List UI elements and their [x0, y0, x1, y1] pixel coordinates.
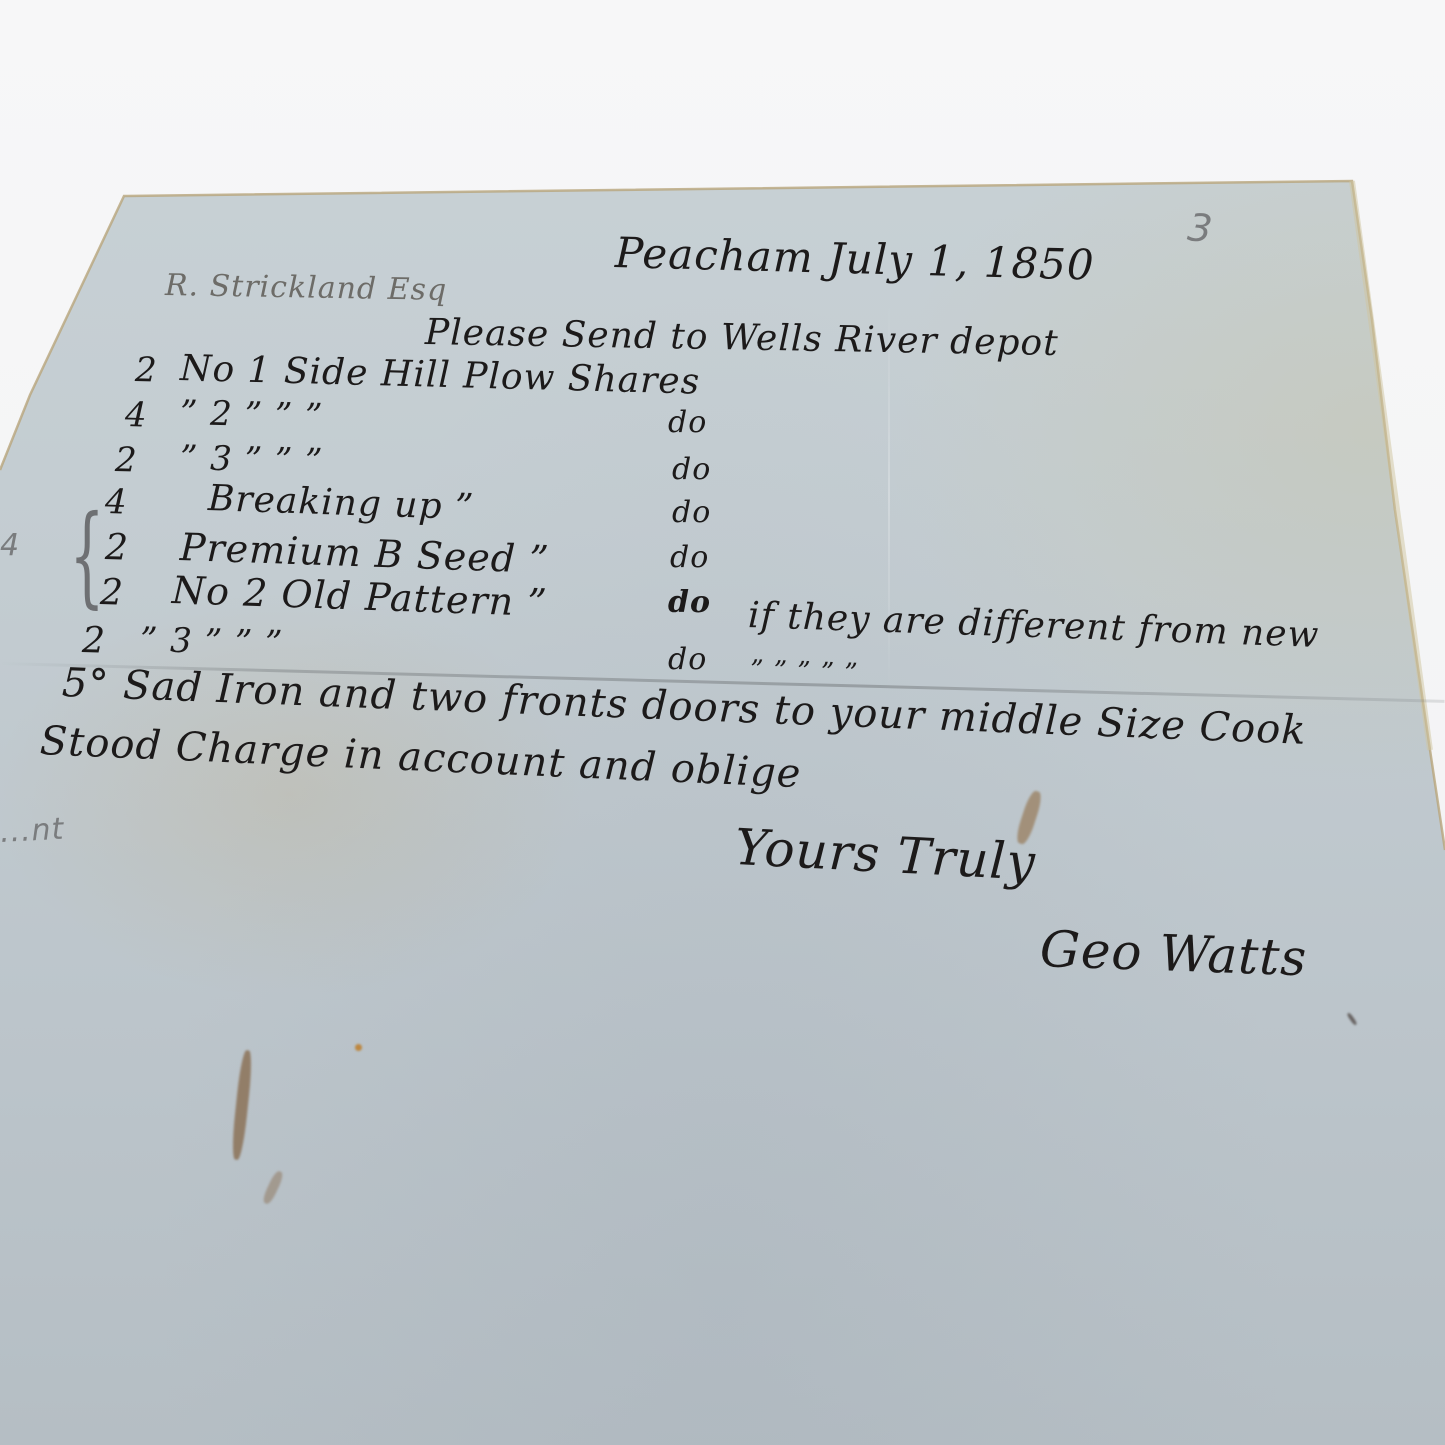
- order-line-qty: 2: [114, 440, 138, 481]
- photo-scene: 3 Peacham July 1, 1850 R. Strickland Esq…: [0, 0, 1445, 1445]
- order-line-qty: 2: [134, 350, 158, 391]
- order-line-item: ” 3 ” ” ”: [139, 620, 283, 664]
- signature: Geo Watts: [1039, 920, 1308, 987]
- order-line-qty: 4: [124, 395, 148, 436]
- order-line-ditto: do: [672, 495, 711, 530]
- order-line-item: ” 2 ” ” ”: [179, 393, 323, 437]
- order-line-ditto: do: [672, 452, 711, 487]
- margin-pencil-note: ...nt: [0, 812, 65, 850]
- order-line-qty: 2: [81, 620, 106, 662]
- order-line-item: ” 3 ” ” ”: [179, 438, 323, 482]
- margin-pencil-number: 4: [0, 528, 20, 563]
- order-line-ditto: do: [668, 585, 711, 620]
- order-line-qty: 2: [104, 527, 129, 569]
- addressee: R. Strickland Esq: [165, 268, 448, 308]
- bracket-mark: {: [70, 500, 105, 610]
- order-line-ditto: do: [668, 405, 707, 440]
- corner-number: 3: [1186, 205, 1216, 251]
- order-line-qty: 4: [104, 482, 128, 523]
- side-note-dittos: ” ” ” ” ”: [749, 655, 859, 689]
- rust-spot: [355, 1044, 362, 1051]
- order-line-ditto: do: [668, 642, 707, 677]
- order-line-ditto: do: [670, 540, 709, 575]
